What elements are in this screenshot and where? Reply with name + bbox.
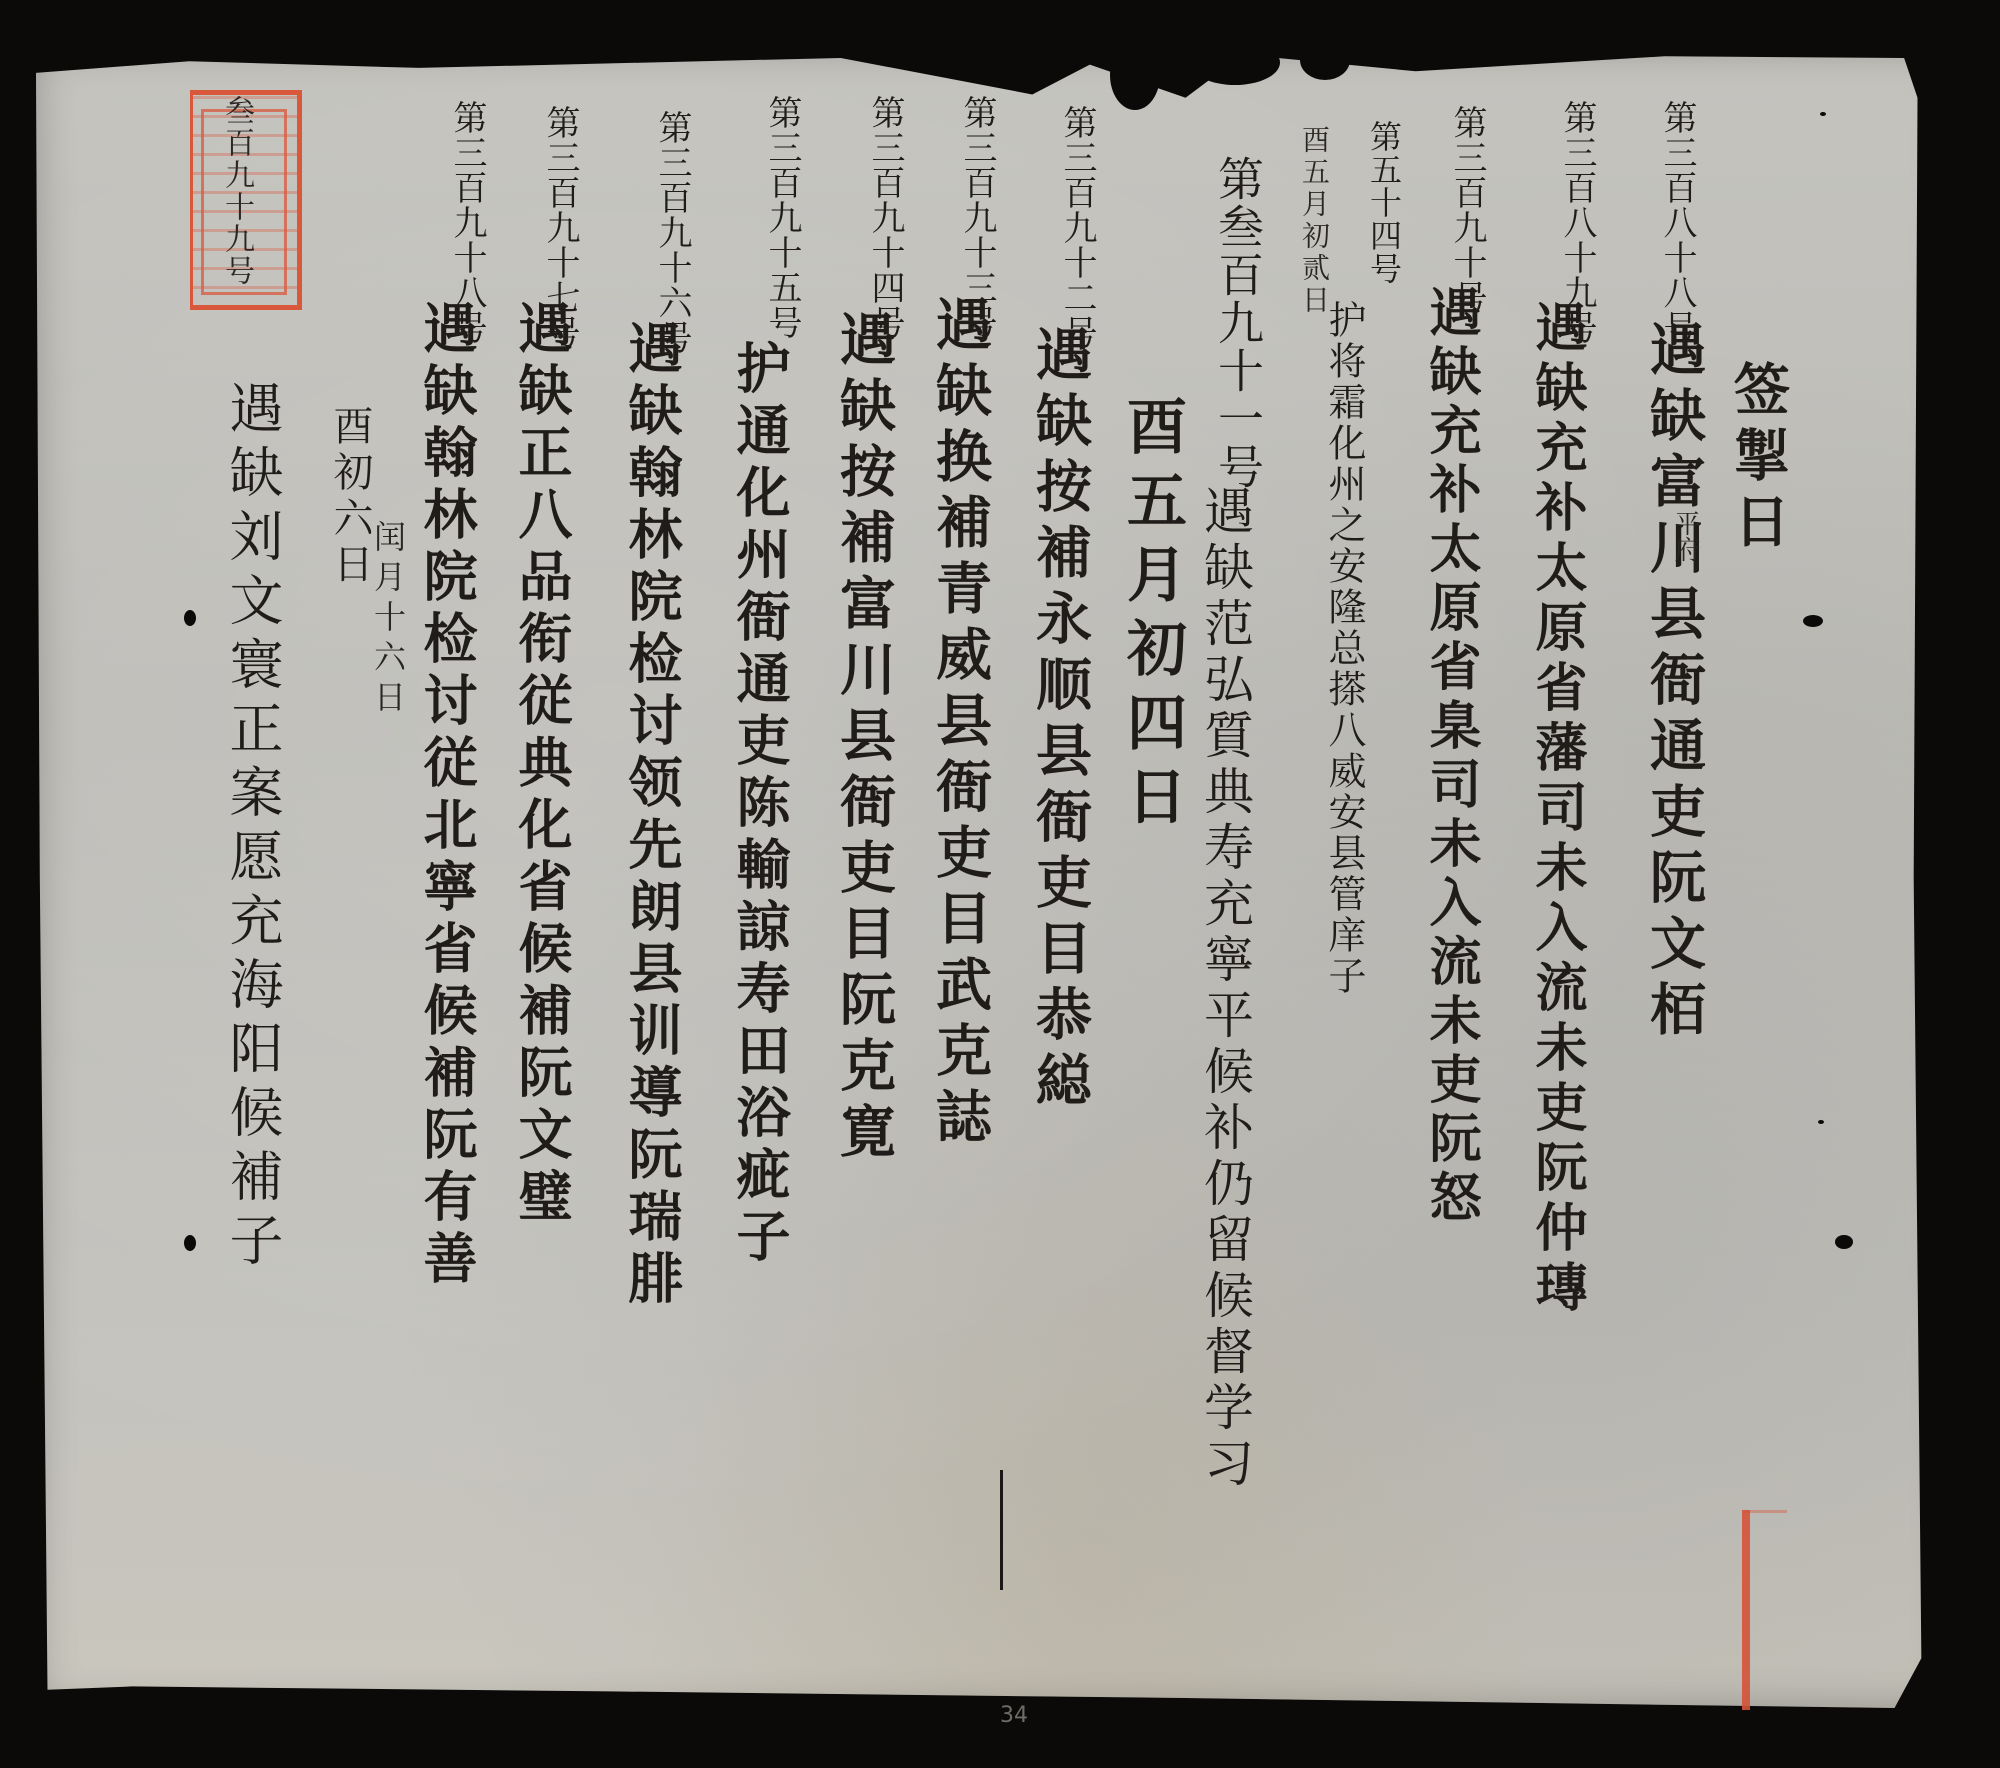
binding-hole: [1803, 615, 1823, 627]
folio-number: 34: [1000, 1703, 1028, 1728]
entry-text: 遇缺正八品衔従典化省候補阮文璧: [515, 300, 569, 1230]
entry-number: 第三百九十号: [1450, 105, 1484, 315]
entry-text: 遇缺范弘質典寿充寧平候补仍留候督学习: [1200, 485, 1250, 1493]
paper-tear: [1300, 40, 1350, 80]
section-date-note: 闰月十六日: [372, 520, 404, 720]
entry-date-note: 酉五月初贰日: [1300, 125, 1328, 317]
entry-number: 第三百九十二号: [1060, 105, 1094, 350]
entry-number: 第三百八十八号: [1660, 100, 1694, 345]
entry-text: 遇缺按補富川县衙吏目阮克寛: [836, 310, 892, 1168]
entry-number: 第三百九十五号: [765, 95, 799, 340]
entry-text: 遇缺刘文寰正案愿充海阳候補子: [225, 380, 279, 1276]
paper-tear: [1190, 40, 1280, 85]
entry-text: 遇缺按補永顺县衙吏目恭縂: [1032, 325, 1088, 1117]
binding-hole: [1820, 112, 1826, 116]
entry-annotation: 平府: [1672, 510, 1698, 562]
entry-text: 遇缺充补太原省藩司未入流未吏阮仲瑼: [1530, 300, 1582, 1320]
paper-tear: [1110, 40, 1160, 110]
entry-text: 遇缺充补太原省臬司未入流未吏阮怒: [1424, 285, 1476, 1229]
entry-number: 第三百九十四号: [868, 95, 902, 340]
entry-number: 第叁百九十一号: [1215, 155, 1261, 491]
entry-text: 护通化州衙通吏陈輸諒寿田浴疵子: [733, 340, 787, 1270]
entry-text: 遇缺翰林院检讨领先朗县训導阮瑞腓: [625, 320, 679, 1312]
entry-number: 第五十四号: [1368, 120, 1400, 285]
heading: 签掣日: [1730, 360, 1786, 558]
binding-hole: [184, 1235, 196, 1251]
binding-hole: [184, 610, 196, 626]
entry-text: 遇缺富川县衙通吏阮文栢: [1646, 320, 1702, 1046]
section-date: 酉五月初四日: [1122, 395, 1182, 839]
entry-text: 遇缺换補青威县衙吏目武克誌: [932, 295, 988, 1153]
seal-overwritten-text: 叁百九十九号: [221, 95, 251, 287]
fold-mark: [1000, 1470, 1003, 1590]
binding-hole: [1818, 1120, 1824, 1124]
red-ruling-line: [1742, 1510, 1750, 1710]
entry-text: 遇缺翰林院检讨従北寧省候補阮有善: [420, 300, 474, 1292]
section-date: 酉初六日: [330, 405, 370, 589]
entry-number: 第三百九十六号: [655, 110, 689, 355]
red-seal-stamp: 叁百九十九号: [190, 90, 302, 310]
binding-hole: [1835, 1235, 1853, 1249]
entry-text: 护将霜化州之安隆总搽八威安县管庠子: [1325, 300, 1363, 997]
